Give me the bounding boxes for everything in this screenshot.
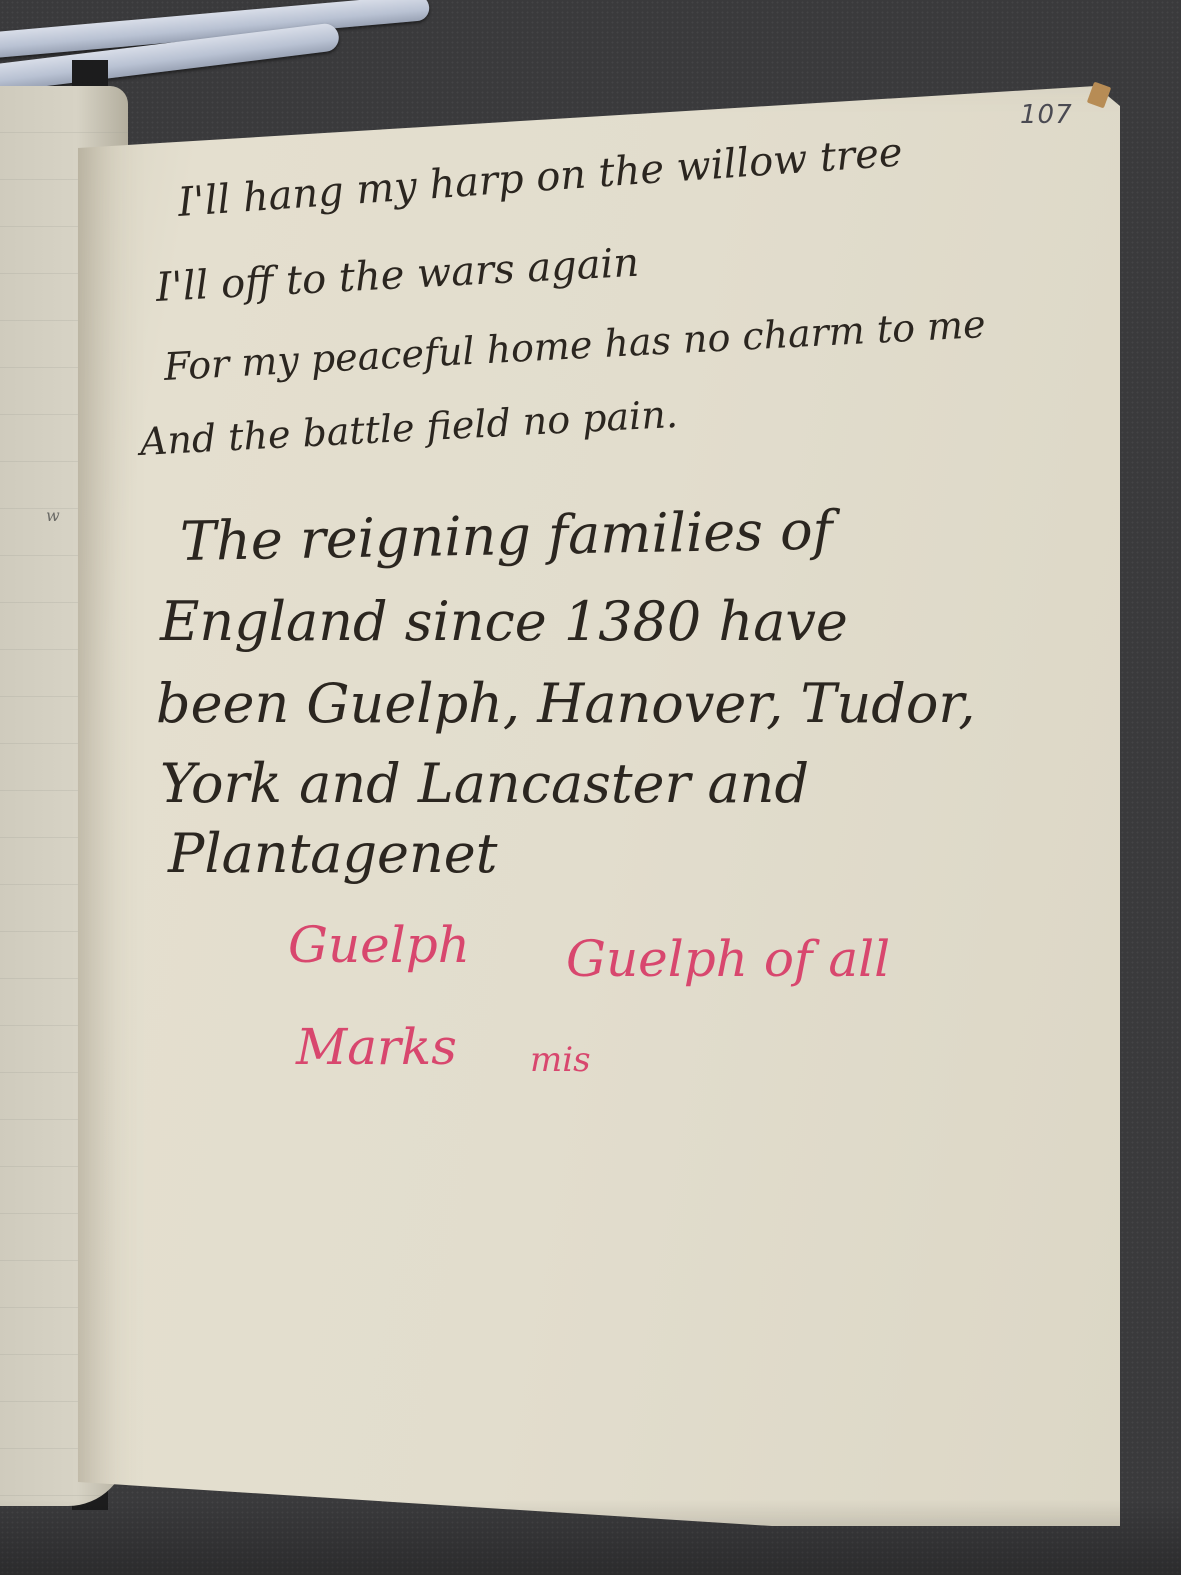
red-annotation-mis: mis [530, 1040, 591, 1080]
bottom-shadow [0, 1500, 1181, 1575]
red-annotation-marks: Marks [296, 1018, 457, 1076]
red-annotation-guelph-of-all: Guelph of all [566, 930, 890, 988]
paragraph-line-4: York and Lancaster and [160, 752, 809, 815]
paragraph-line-5: Plantagenet [168, 822, 497, 885]
page-number: 107 [1020, 100, 1073, 130]
paragraph-line-1: The reigning families of [179, 499, 833, 573]
paragraph-line-3: been Guelph, Hanover, Tudor, [156, 672, 975, 735]
paragraph-line-2: England since 1380 have [160, 590, 848, 653]
red-annotation-guelph: Guelph [288, 916, 470, 974]
left-page-margin-mark: w [46, 506, 60, 525]
